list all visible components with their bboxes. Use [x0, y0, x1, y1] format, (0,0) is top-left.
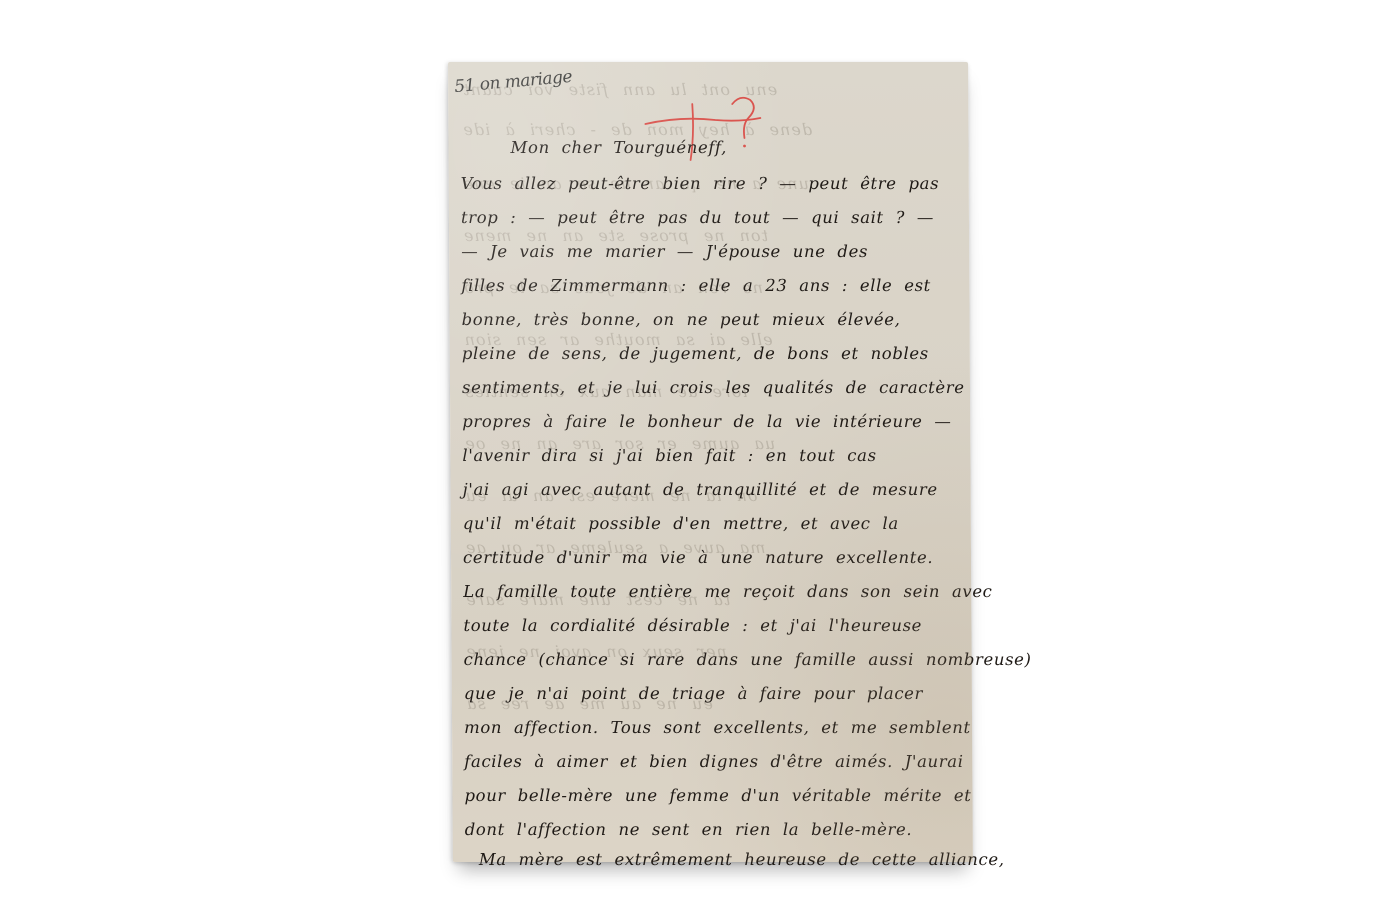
letter-line-1: Vous allez peut-être bien rire ? — peut … — [461, 174, 940, 193]
letter-line-6: pleine de sens, de jugement, de bons et … — [462, 344, 929, 363]
letter-line-19: pour belle-mère une femme d'un véritable… — [464, 786, 971, 805]
letter-line-12: certitude d'unir ma vie à une nature exc… — [463, 548, 933, 567]
letter-line-7: sentiments, et je lui crois les qualités… — [462, 378, 965, 397]
photo-background: enu ont lu ann fiste voi cuant dene à he… — [0, 0, 1382, 922]
letter-line-21: Ma mère est extrêmement heureuse de cett… — [479, 850, 1005, 869]
letter-line-8: propres à faire le bonheur de la vie int… — [462, 412, 951, 431]
letter-line-13: La famille toute entière me reçoit dans … — [463, 582, 992, 601]
letter-line-4: filles de Zimmermann : elle a 23 ans : e… — [461, 276, 931, 295]
letter-line-14: toute la cordialité désirable : et j'ai … — [463, 616, 922, 635]
salutation: Mon cher Tourguéneff, — [510, 138, 727, 157]
letter-line-2: trop : — peut être pas du tout — qui sai… — [461, 208, 934, 227]
letter-line-5: bonne, très bonne, on ne peut mieux élev… — [462, 310, 901, 329]
letter-line-18: faciles à aimer et bien dignes d'être ai… — [464, 752, 963, 771]
letter-line-16: que je n'ai point de triage à faire pour… — [464, 684, 923, 703]
letter-line-17: mon affection. Tous sont excellents, et … — [464, 718, 971, 737]
letter-line-9: l'avenir dira si j'ai bien fait : en tou… — [462, 446, 876, 465]
letter-line-15: chance (chance si rare dans une famille … — [464, 650, 1032, 669]
letter-line-10: j'ai agi avec autant de tranquillité et … — [463, 480, 938, 499]
letter-line-11: qu'il m'était possible d'en mettre, et a… — [463, 514, 899, 533]
letter-line-20: dont l'affection ne sent en rien la bell… — [465, 820, 913, 839]
letter-page: enu ont lu ann fiste voi cuant dene à he… — [448, 62, 973, 862]
letter-line-3: — Je vais me marier — J'épouse une des — [461, 242, 868, 261]
